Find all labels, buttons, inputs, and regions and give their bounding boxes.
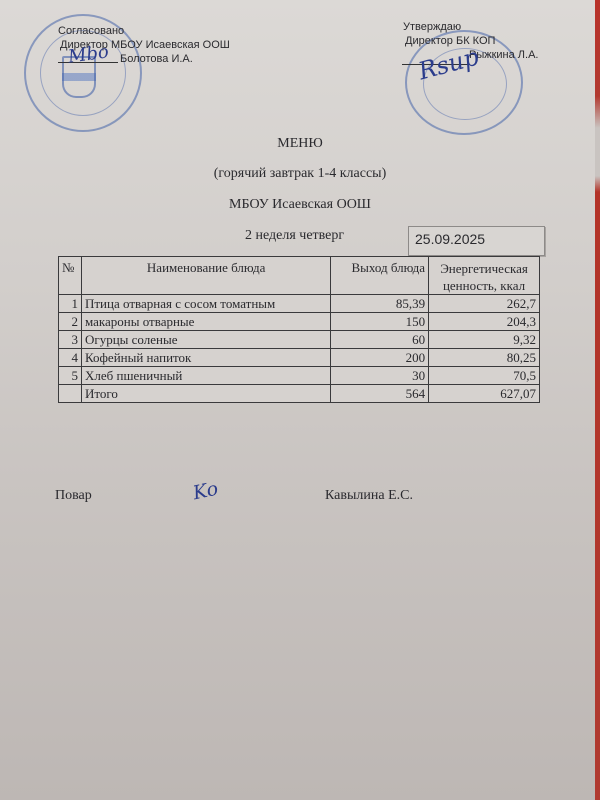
header-energy-line2: ценность, ккал: [443, 278, 525, 293]
document-subtitle: (горячий завтрак 1-4 классы): [0, 166, 600, 182]
table-row: 2макароны отварные150204,3: [59, 313, 540, 331]
cell-output: 85,39: [331, 295, 429, 313]
cell-dish-name: Итого: [81, 385, 330, 403]
cell-output: 150: [331, 313, 429, 331]
cell-energy: 80,25: [429, 349, 540, 367]
approval-left-label: Согласовано: [58, 25, 124, 37]
cell-num: 2: [59, 313, 82, 331]
approval-right-label: Утверждаю: [403, 21, 461, 33]
cell-num: 4: [59, 349, 82, 367]
table-row: 5Хлеб пшеничный3070,5: [59, 367, 540, 385]
cell-dish-name: Кофейный напиток: [81, 349, 330, 367]
red-edge-strip: [595, 0, 600, 800]
header-dish-name: Наименование блюда: [81, 257, 330, 295]
cell-energy: 70,5: [429, 367, 540, 385]
cell-output: 60: [331, 331, 429, 349]
table-row: 4Кофейный напиток20080,25: [59, 349, 540, 367]
cook-signature: Ko: [191, 478, 220, 505]
cell-num: 1: [59, 295, 82, 313]
header-energy: Энергетическая ценность, ккал: [429, 257, 540, 295]
menu-table: № Наименование блюда Выход блюда Энергет…: [58, 256, 540, 403]
cell-output: 30: [331, 367, 429, 385]
cell-num: 3: [59, 331, 82, 349]
cell-num: [59, 385, 82, 403]
table-header-row: № Наименование блюда Выход блюда Энергет…: [59, 257, 540, 295]
cell-num: 5: [59, 367, 82, 385]
table-total-row: Итого564627,07: [59, 385, 540, 403]
cook-name: Кавылина Е.С.: [325, 488, 413, 504]
cell-energy: 262,7: [429, 295, 540, 313]
date-field: 25.09.2025: [408, 226, 545, 256]
approval-left-name: Болотова И.А.: [120, 52, 230, 66]
school-name: МБОУ Исаевская ООШ: [0, 197, 600, 213]
cell-dish-name: макароны отварные: [81, 313, 330, 331]
cook-role-label: Повар: [55, 488, 92, 504]
cell-energy: 204,3: [429, 313, 540, 331]
week-day-label: 2 неделя четверг: [245, 228, 344, 244]
cell-output: 200: [331, 349, 429, 367]
cell-dish-name: Огурцы соленые: [81, 331, 330, 349]
table-row: 3Огурцы соленые609,32: [59, 331, 540, 349]
header-energy-line1: Энергетическая: [440, 261, 528, 276]
table-row: 1Птица отварная с сосом томатным85,39262…: [59, 295, 540, 313]
cell-dish-name: Хлеб пшеничный: [81, 367, 330, 385]
cell-energy: 9,32: [429, 331, 540, 349]
document-title: МЕНЮ: [0, 136, 600, 152]
cell-energy: 627,07: [429, 385, 540, 403]
cell-output: 564: [331, 385, 429, 403]
header-num: №: [59, 257, 82, 295]
header-output: Выход блюда: [331, 257, 429, 295]
cell-dish-name: Птица отварная с сосом томатным: [81, 295, 330, 313]
